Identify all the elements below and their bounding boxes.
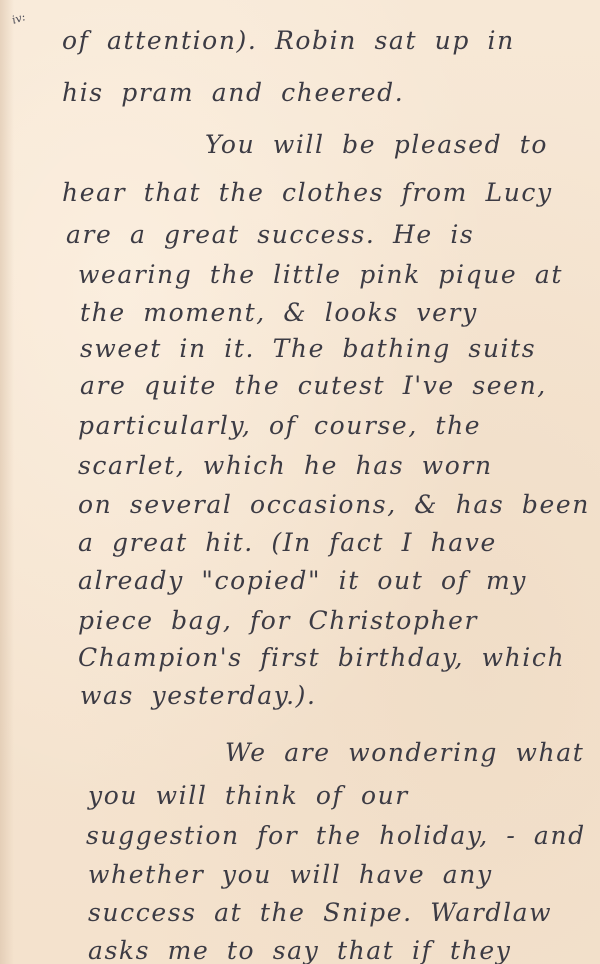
letter-line-20: suggestion for the holiday, - and xyxy=(86,823,586,848)
letter-line-19: you will think of our xyxy=(88,783,409,808)
letter-line-6: wearing the little pink pique at xyxy=(78,262,563,287)
letter-line-12: on several occasions, & has been xyxy=(78,492,590,517)
letter-page: iv: of attention). Robin sat up in his p… xyxy=(0,0,600,964)
letter-line-10: particularly, of course, the xyxy=(78,413,481,438)
letter-line-8: sweet in it. The bathing suits xyxy=(80,336,536,361)
letter-line-5: are a great success. He is xyxy=(66,222,474,247)
letter-line-15: piece bag, for Christopher xyxy=(78,608,478,633)
letter-line-13: a great hit. (In fact I have xyxy=(78,530,497,555)
letter-line-18: We are wondering what xyxy=(225,740,584,765)
letter-line-7: the moment, & looks very xyxy=(80,300,478,325)
letter-line-14: already "copied" it out of my xyxy=(78,568,527,593)
page-number-mark: iv: xyxy=(10,10,27,27)
letter-line-3: You will be pleased to xyxy=(205,132,548,157)
letter-line-2: his pram and cheered. xyxy=(62,80,404,105)
letter-line-22: success at the Snipe. Wardlaw xyxy=(88,900,552,925)
letter-line-17: was yesterday.). xyxy=(80,683,317,708)
letter-line-11: scarlet, which he has worn xyxy=(78,453,493,478)
letter-line-9: are quite the cutest I've seen, xyxy=(80,373,547,398)
letter-line-21: whether you will have any xyxy=(88,862,493,887)
letter-line-23: asks me to say that if they xyxy=(88,938,511,963)
letter-line-4: hear that the clothes from Lucy xyxy=(62,180,553,205)
letter-line-16: Champion's first birthday, which xyxy=(78,645,565,670)
letter-line-1: of attention). Robin sat up in xyxy=(62,28,515,53)
